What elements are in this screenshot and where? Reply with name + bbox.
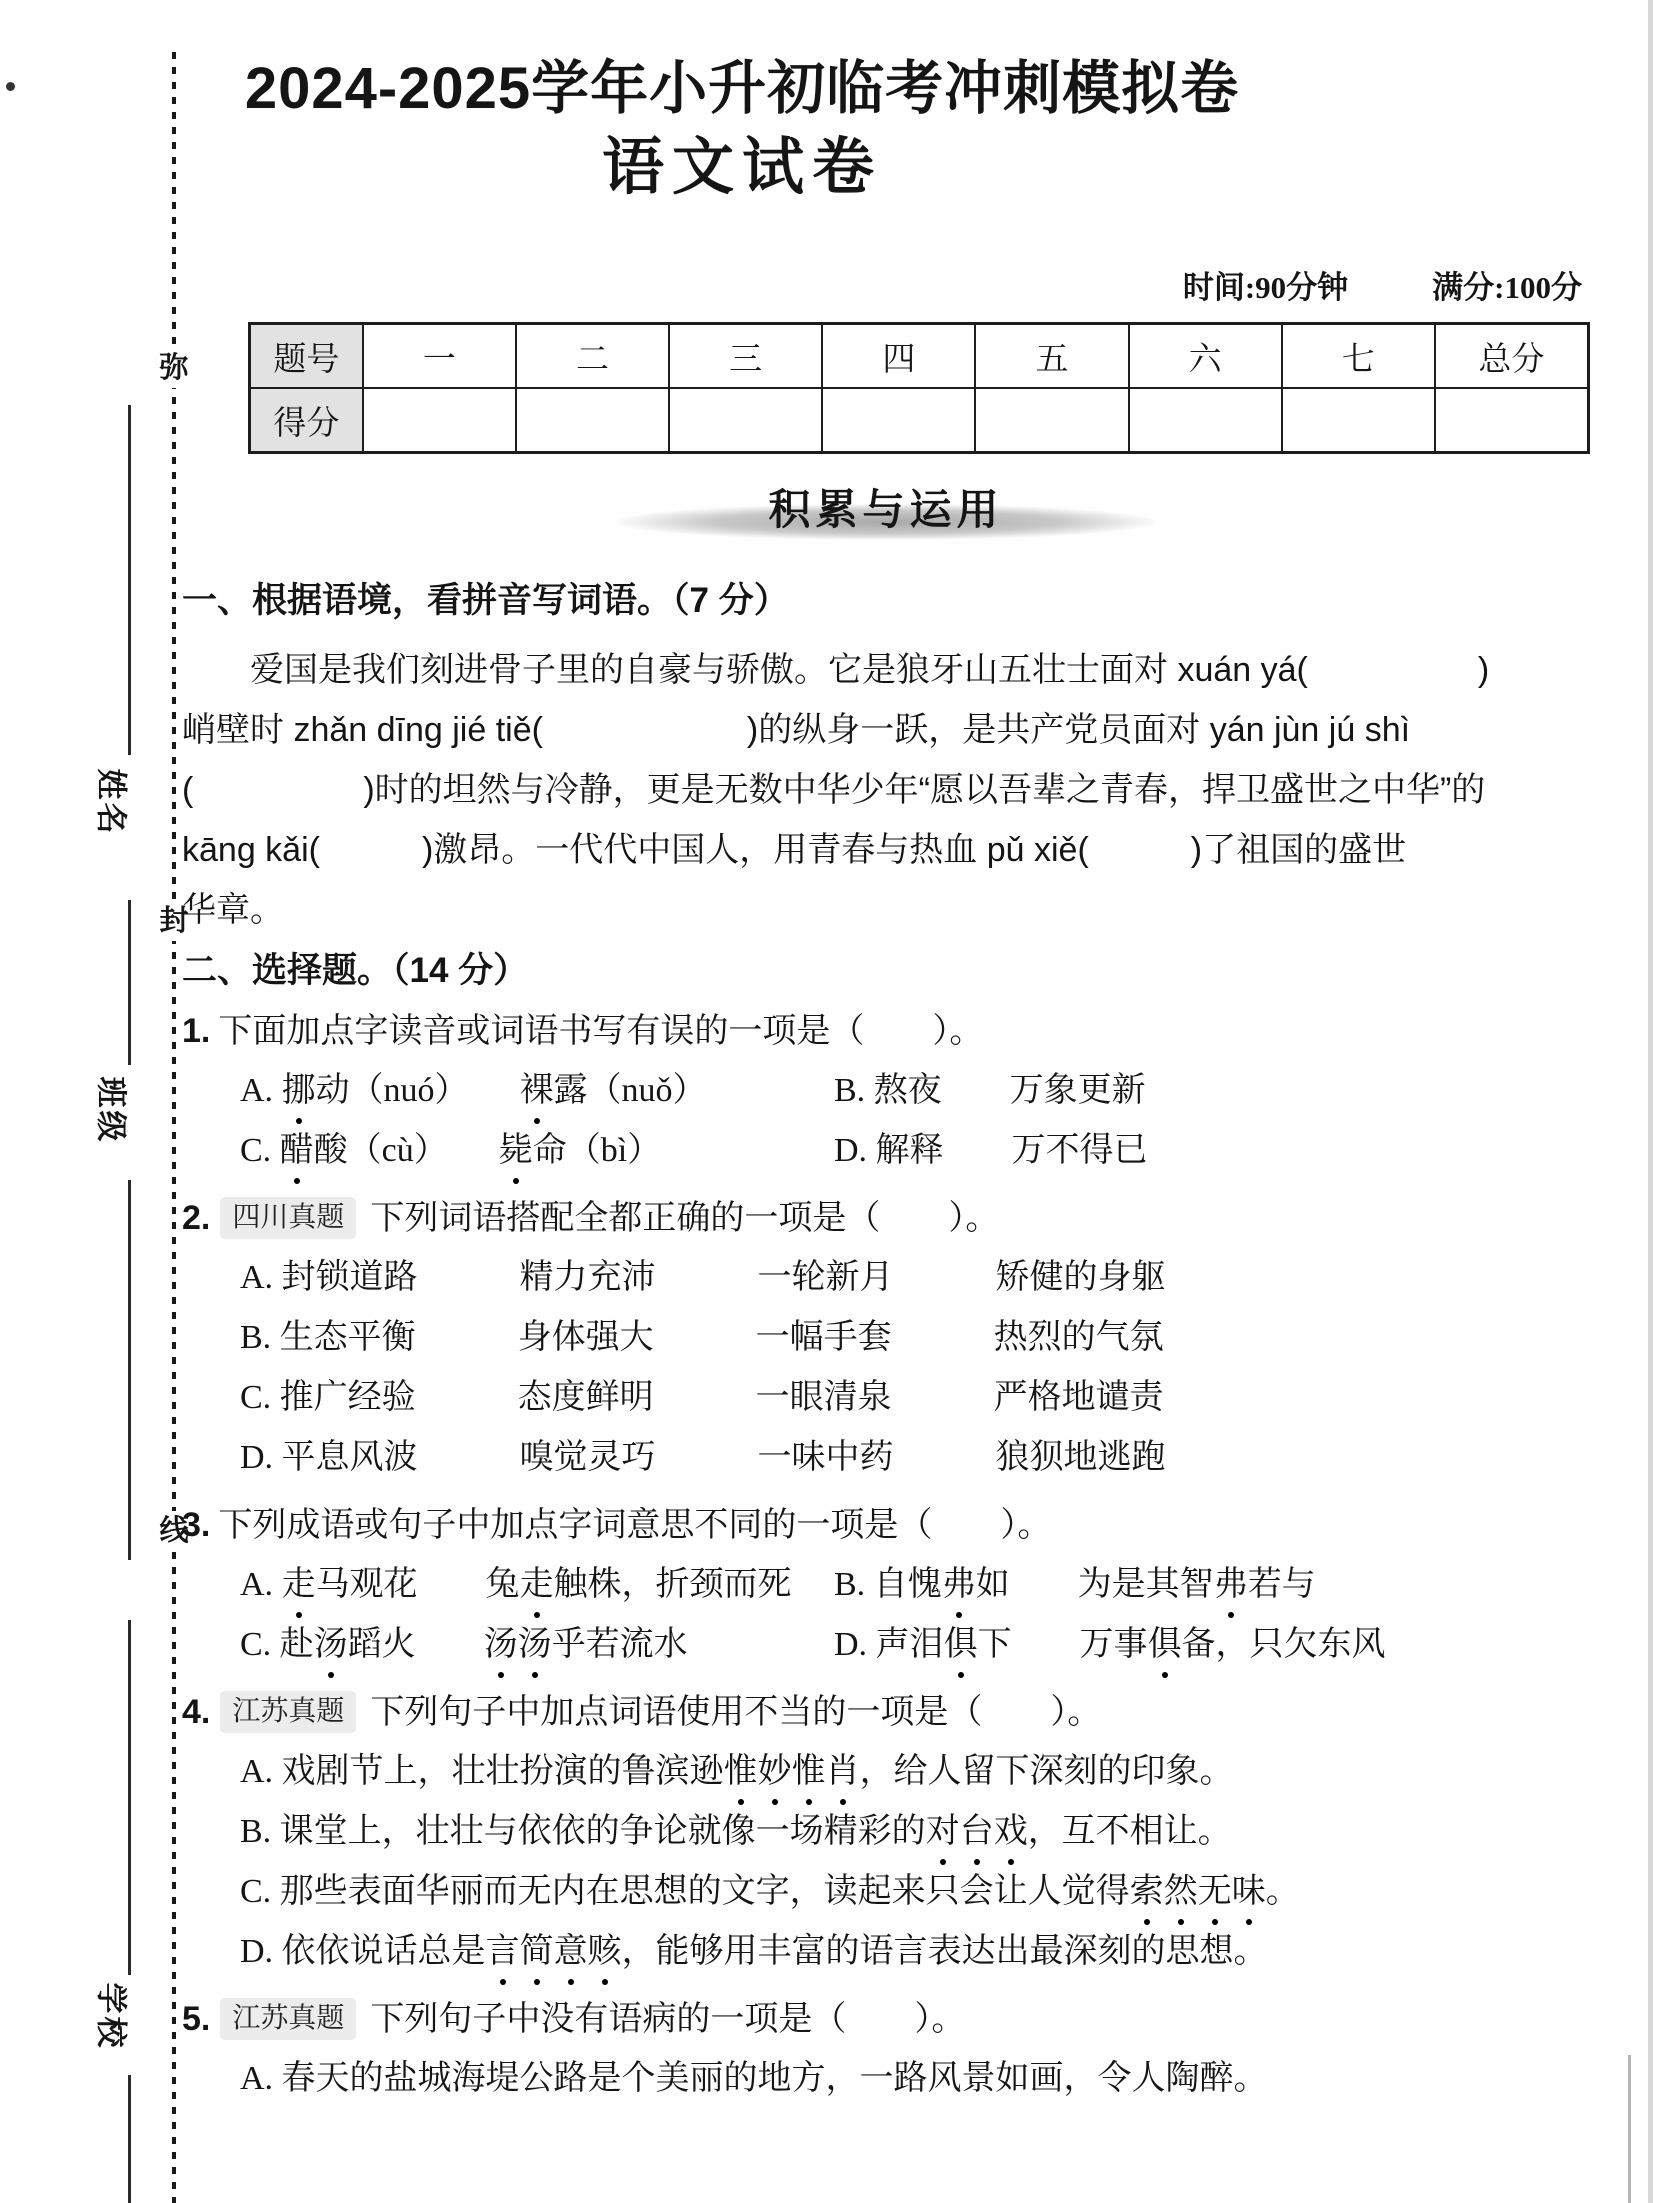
field-class-label: 班级	[92, 1066, 136, 1154]
time-limit-label: 时间:90分钟	[1183, 268, 1348, 308]
score-col-header-cell: 五	[975, 324, 1128, 389]
field-school-label: 学校	[92, 1972, 136, 2060]
fill-blank-line	[128, 900, 131, 1065]
emphasized-char: 简	[520, 1922, 554, 1982]
exam-source-badge: 江苏真题	[220, 1691, 356, 1733]
score-col-header-cell: 一	[363, 324, 516, 389]
emphasized-char: 台	[960, 1802, 994, 1862]
emphasized-char: 味	[1232, 1862, 1266, 1922]
options: A. 封锁道路 精力充沛 一轮新月 矫健的身躯B. 生态平衡 身体强大 一幅手套…	[182, 1248, 1590, 1488]
question-stem-text: 下面加点字读音或词语书写有误的一项是（ ）。	[218, 1013, 983, 1050]
score-col-header-cell: 二	[516, 324, 669, 389]
emphasized-char: 走	[282, 1555, 316, 1615]
question-number: 2.	[182, 1199, 210, 1237]
question-number: 3.	[182, 1506, 210, 1544]
fill-blank-line	[128, 405, 131, 755]
exam-meta-row: 时间:90分钟 满分:100分	[182, 268, 1590, 308]
question-number-label-cell: 题号	[250, 324, 363, 389]
score-empty-cell	[669, 388, 822, 453]
emphasized-char: 索	[1130, 1862, 1164, 1922]
score-empty-cell	[363, 388, 516, 453]
question-number: 4.	[182, 1693, 210, 1731]
question: 2.四川真题下列词语搭配全都正确的一项是（ ）。A. 封锁道路 精力充沛 一轮新…	[182, 1189, 1590, 1488]
option: C. 醋酸（cù） 毙命（bì）	[240, 1121, 834, 1181]
option: B. 自愧弗如 为是其智弗若与	[834, 1555, 1590, 1615]
emphasized-char: 肖	[826, 1742, 860, 1802]
option: A. 挪动（nuó） 裸露（nuǒ）	[240, 1061, 834, 1121]
option: A. 春天的盐城海堤公路是个美丽的地方，一路风景如画，令人陶醉。	[240, 2049, 1590, 2109]
emphasized-char: 妙	[758, 1742, 792, 1802]
emphasized-char: 惟	[724, 1742, 758, 1802]
emphasized-char: 弗	[1214, 1555, 1248, 1615]
emphasized-char: 汤	[484, 1615, 518, 1675]
emphasized-char: 无	[1198, 1862, 1232, 1922]
scan-edge-shadow	[1648, 0, 1653, 2203]
option: A. 封锁道路 精力充沛 一轮新月 矫健的身躯	[240, 1248, 1590, 1308]
emphasized-char: 言	[486, 1922, 520, 1982]
pinyin-passage: 爱国是我们刻进骨子里的自豪与骄傲。它是狼牙山五壮士面对 xuán yá( )峭壁…	[182, 640, 1590, 940]
question-stem: 2.四川真题下列词语搭配全都正确的一项是（ ）。	[182, 1189, 1590, 1248]
option: D. 解释 万不得已	[834, 1121, 1590, 1181]
score-empty-cell	[1435, 388, 1589, 453]
emphasized-char: 醋	[280, 1121, 314, 1181]
field-school-label-text: 学校	[92, 1982, 137, 2050]
emphasized-char: 俱	[944, 1615, 978, 1675]
options: A. 春天的盐城海堤公路是个美丽的地方，一路风景如画，令人陶醉。	[182, 2049, 1590, 2109]
options: A. 走马观花 兔走触株，折颈而死B. 自愧弗如 为是其智弗若与C. 赴汤蹈火 …	[182, 1555, 1590, 1675]
score-empty-cell	[516, 388, 669, 453]
options: A. 戏剧节上，壮壮扮演的鲁滨逊惟妙惟肖，给人留下深刻的印象。B. 课堂上，壮壮…	[182, 1742, 1590, 1982]
option: D. 平息风波 嗅觉灵巧 一味中药 狼狈地逃跑	[240, 1428, 1590, 1488]
passage-line: 峭壁时 zhǎn dīng jié tiě( )的纵身一跃，是共产党员面对 yá…	[182, 700, 1590, 760]
emphasized-char: 俱	[1148, 1615, 1182, 1675]
section-2-heading: 二、选择题。（14 分）	[182, 948, 1590, 994]
full-score-label: 满分:100分	[1432, 268, 1582, 308]
score-table-header-row: 题号 一二三四五六七总分	[250, 324, 1589, 389]
emphasized-char: 对	[926, 1802, 960, 1862]
emphasized-char: 意	[554, 1922, 588, 1982]
field-name-label-text: 姓名	[92, 768, 137, 836]
emphasized-char: 戏	[994, 1802, 1028, 1862]
section-banner: 积累与运用	[182, 480, 1590, 544]
exam-paper: 2024-2025学年小升初临考冲刺模拟卷 语文试卷 时间:90分钟 满分:10…	[182, 0, 1590, 2109]
section-1-heading: 一、根据语境，看拼音写词语。（7 分）	[182, 578, 1590, 624]
options: A. 挪动（nuó） 裸露（nuǒ）B. 熬夜 万象更新C. 醋酸（cù） 毙命…	[182, 1061, 1590, 1181]
emphasized-char: 惟	[792, 1742, 826, 1802]
emphasized-char: 汤	[314, 1615, 348, 1675]
option: B. 课堂上，壮壮与依依的争论就像一场精彩的对台戏，互不相让。	[240, 1802, 1590, 1862]
option: C. 推广经验 态度鲜明 一眼清泉 严格地谴责	[240, 1368, 1590, 1428]
option: C. 那些表面华丽而无内在思想的文字，读起来只会让人觉得索然无味。	[240, 1862, 1590, 1922]
question-stem: 1.下面加点字读音或词语书写有误的一项是（ ）。	[182, 1002, 1590, 1061]
score-empty-cell	[1282, 388, 1435, 453]
question-stem-text: 下列句子中加点词语使用不当的一项是（ ）。	[370, 1694, 1101, 1731]
emphasized-char: 汤	[518, 1615, 552, 1675]
question-stem: 5.江苏真题下列句子中没有语病的一项是（ ）。	[182, 1990, 1590, 2049]
score-col-header-cell: 总分	[1435, 324, 1589, 389]
field-name-label: 姓名	[92, 758, 136, 846]
exam-subtitle: 语文试卷	[182, 126, 1302, 210]
fill-blank-line	[128, 2075, 131, 2203]
question: 1.下面加点字读音或词语书写有误的一项是（ ）。A. 挪动（nuó） 裸露（nu…	[182, 1002, 1590, 1181]
question-number: 1.	[182, 1012, 210, 1050]
option: B. 熬夜 万象更新	[834, 1061, 1590, 1121]
emphasized-char: 弗	[942, 1555, 976, 1615]
emphasized-char: 挪	[282, 1061, 316, 1121]
emphasized-char: 然	[1164, 1862, 1198, 1922]
exam-header: 2024-2025学年小升初临考冲刺模拟卷 语文试卷	[182, 0, 1302, 210]
passage-line: kāng kǎi( )激昂。一代代中国人，用青春与热血 pǔ xiě( )了祖国…	[182, 820, 1590, 880]
option: D. 声泪俱下 万事俱备，只欠东风	[834, 1615, 1590, 1675]
emphasized-char: 裸	[520, 1061, 554, 1121]
question: 4.江苏真题下列句子中加点词语使用不当的一项是（ ）。A. 戏剧节上，壮壮扮演的…	[182, 1683, 1590, 1982]
passage-line: 华章。	[182, 880, 1590, 940]
question-stem: 4.江苏真题下列句子中加点词语使用不当的一项是（ ）。	[182, 1683, 1590, 1742]
scan-speck	[6, 82, 15, 91]
exam-source-badge: 四川真题	[220, 1197, 356, 1239]
exam-title: 2024-2025学年小升初临考冲刺模拟卷	[182, 52, 1302, 126]
questions-container: 1.下面加点字读音或词语书写有误的一项是（ ）。A. 挪动（nuó） 裸露（nu…	[182, 1002, 1590, 2109]
field-class-label-text: 班级	[92, 1076, 137, 1144]
passage-line: ( )时的坦然与冷静，更是无数中华少年“愿以吾辈之青春，捍卫盛世之中华”的	[182, 760, 1590, 820]
score-table-score-row: 得分	[250, 388, 1589, 453]
exam-source-badge: 江苏真题	[220, 1998, 356, 2040]
score-empty-cell	[1129, 388, 1282, 453]
score-col-header-cell: 四	[822, 324, 975, 389]
score-empty-cell	[822, 388, 975, 453]
emphasized-char: 走	[520, 1555, 554, 1615]
score-col-header-cell: 三	[669, 324, 822, 389]
emphasized-char: 毙	[499, 1121, 533, 1181]
option: A. 走马观花 兔走触株，折颈而死	[240, 1555, 834, 1615]
question-stem: 3.下列成语或句子中加点字词意思不同的一项是（ ）。	[182, 1496, 1590, 1555]
section-banner-title: 积累与运用	[768, 486, 1003, 533]
question-number: 5.	[182, 2000, 210, 2038]
fill-blank-line	[128, 1620, 131, 1975]
option: B. 生态平衡 身体强大 一幅手套 热烈的气氛	[240, 1308, 1590, 1368]
score-label-cell: 得分	[250, 388, 363, 453]
question-stem-text: 下列句子中没有语病的一项是（ ）。	[370, 2001, 965, 2038]
score-table: 题号 一二三四五六七总分 得分	[248, 322, 1590, 454]
score-col-header-cell: 六	[1129, 324, 1282, 389]
question-stem-text: 下列词语搭配全都正确的一项是（ ）。	[370, 1200, 999, 1237]
fill-blank-line	[128, 1180, 131, 1560]
option: D. 依依说话总是言简意赅，能够用丰富的语言表达出最深刻的思想。	[240, 1922, 1590, 1982]
emphasized-char: 赅	[588, 1922, 622, 1982]
scan-edge-line	[1628, 2055, 1631, 2203]
score-empty-cell	[975, 388, 1128, 453]
score-col-header-cell: 七	[1282, 324, 1435, 389]
page: { "header": { "title_line1": "2024-2025学…	[0, 0, 1653, 2203]
option: C. 赴汤蹈火 汤汤乎若流水	[240, 1615, 834, 1675]
question: 5.江苏真题下列句子中没有语病的一项是（ ）。A. 春天的盐城海堤公路是个美丽的…	[182, 1990, 1590, 2109]
question-stem-text: 下列成语或句子中加点字词意思不同的一项是（ ）。	[218, 1507, 1051, 1544]
passage-line: 爱国是我们刻进骨子里的自豪与骄傲。它是狼牙山五壮士面对 xuán yá( )	[182, 640, 1590, 700]
option: A. 戏剧节上，壮壮扮演的鲁滨逊惟妙惟肖，给人留下深刻的印象。	[240, 1742, 1590, 1802]
question: 3.下列成语或句子中加点字词意思不同的一项是（ ）。A. 走马观花 兔走触株，折…	[182, 1496, 1590, 1675]
